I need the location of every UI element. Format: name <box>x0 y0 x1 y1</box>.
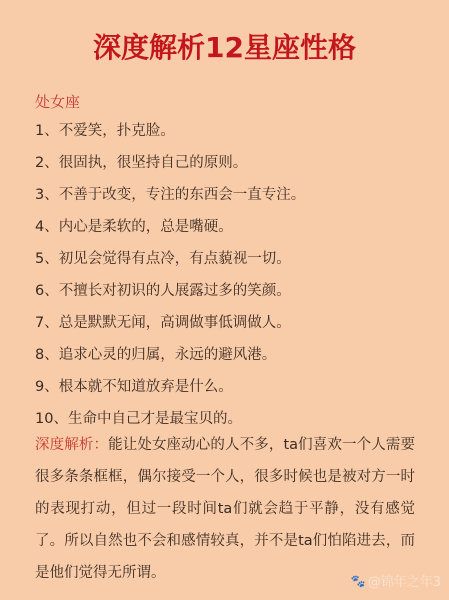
trait-list: 1、不爱笑，扑克脸。 2、很固执，很坚持自己的原则。 3、不善于改变，专注的东西… <box>35 117 305 437</box>
list-item: 6、不擅长对初识的人展露过多的笑颜。 <box>35 277 305 309</box>
list-item: 4、内心是柔软的，总是嘴硬。 <box>35 213 305 245</box>
analysis-label: 深度解析： <box>35 437 108 453</box>
watermark-text: @锦年之年3 <box>368 571 441 590</box>
zodiac-heading: 处女座 <box>35 91 80 113</box>
analysis-paragraph: 深度解析：能让处女座动心的人不多，ta们喜欢一个人需要很多条条框框，偶尔接受一个… <box>35 429 415 589</box>
list-item: 5、初见会觉得有点冷，有点藐视一切。 <box>35 245 305 277</box>
list-item: 9、根本就不知道放弃是什么。 <box>35 373 305 405</box>
list-item: 2、很固执，很坚持自己的原则。 <box>35 149 305 181</box>
list-item: 3、不善于改变，专注的东西会一直专注。 <box>35 181 305 213</box>
paw-icon: 🐾 <box>351 574 366 588</box>
watermark: 🐾 @锦年之年3 <box>351 571 441 590</box>
article-card: 深度解析12星座性格 处女座 1、不爱笑，扑克脸。 2、很固执，很坚持自己的原则… <box>0 0 449 600</box>
list-item: 1、不爱笑，扑克脸。 <box>35 117 305 149</box>
list-item: 7、总是默默无闻，高调做事低调做人。 <box>35 309 305 341</box>
analysis-text: 能让处女座动心的人不多，ta们喜欢一个人需要很多条条框框，偶尔接受一个人，很多时… <box>35 437 415 581</box>
list-item: 8、追求心灵的归属，永远的避风港。 <box>35 341 305 373</box>
page-title: 深度解析12星座性格 <box>0 30 449 66</box>
